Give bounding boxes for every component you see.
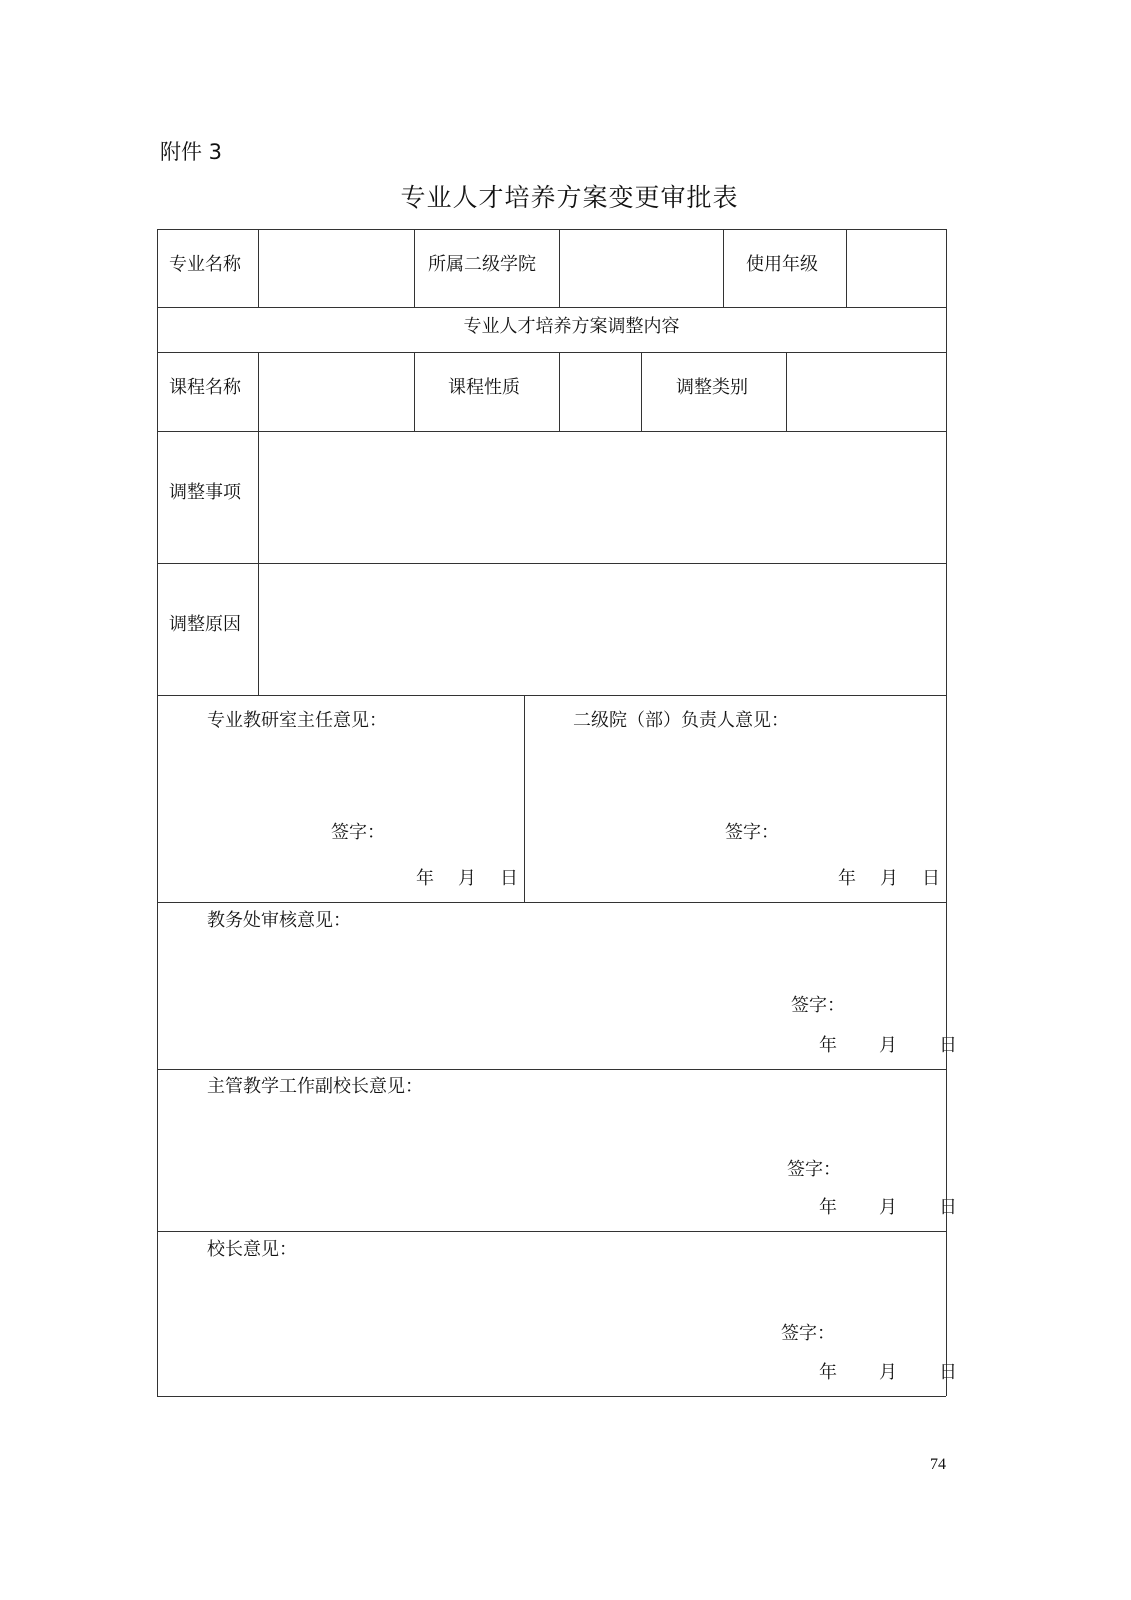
section-title: 专业人才培养方案调整内容 — [157, 312, 986, 338]
signature-label: 签字： — [331, 818, 385, 844]
course-nature-label: 课程性质 — [448, 373, 520, 399]
adjust-type-field[interactable] — [788, 360, 944, 428]
col-divider — [641, 352, 642, 431]
adjust-reason-label: 调整原因 — [169, 610, 241, 636]
row-divider — [157, 352, 946, 353]
adjust-items-field[interactable] — [262, 436, 942, 560]
major-name-label: 专业名称 — [169, 250, 241, 276]
signature-label: 签字： — [787, 1155, 841, 1181]
col-divider — [258, 229, 259, 307]
col-divider — [414, 352, 415, 431]
row-divider — [157, 1231, 946, 1232]
row-divider — [157, 902, 946, 903]
col-divider — [559, 229, 560, 307]
row-divider — [157, 695, 946, 696]
page-number: 74 — [930, 1456, 946, 1474]
teaching-office-director-opinion-label: 专业教研室主任意见： — [207, 706, 387, 732]
adjust-reason-field[interactable] — [262, 568, 942, 692]
college-head-opinion-label: 二级院（部）负责人意见： — [573, 706, 789, 732]
col-divider — [786, 352, 787, 431]
college-field[interactable] — [561, 240, 721, 304]
date-label: 年 月 日 — [819, 1358, 959, 1384]
president-opinion-label: 校长意见： — [207, 1235, 297, 1261]
signature-label: 签字： — [791, 991, 845, 1017]
grade-label: 使用年级 — [746, 250, 818, 276]
col-divider — [258, 431, 259, 695]
course-nature-field[interactable] — [561, 360, 639, 428]
page-title: 专业人才培养方案变更审批表 — [0, 178, 1131, 214]
row-divider — [157, 563, 946, 564]
adjust-type-label: 调整类别 — [676, 373, 748, 399]
signature-label: 签字： — [725, 818, 779, 844]
date-label: 年 月 日 — [416, 864, 521, 890]
row-divider — [157, 1069, 946, 1070]
signature-label: 签字： — [781, 1319, 835, 1345]
vice-president-opinion-label: 主管教学工作副校长意见： — [207, 1072, 423, 1098]
attachment-label: 附件 3 — [160, 136, 222, 166]
table-border-left — [157, 229, 158, 1396]
grade-field[interactable] — [848, 240, 944, 304]
row-divider — [157, 307, 946, 308]
col-divider — [258, 352, 259, 431]
date-label: 年 月 日 — [819, 1193, 959, 1219]
course-name-field[interactable] — [260, 360, 412, 428]
academic-affairs-opinion-label: 教务处审核意见： — [207, 906, 351, 932]
table-border-bottom — [157, 1396, 946, 1397]
table-border-top — [157, 229, 946, 230]
major-name-field[interactable] — [260, 240, 412, 304]
adjust-items-label: 调整事项 — [169, 478, 241, 504]
col-divider — [524, 695, 525, 902]
col-divider — [414, 229, 415, 307]
col-divider — [559, 352, 560, 431]
date-label: 年 月 日 — [838, 864, 943, 890]
col-divider — [723, 229, 724, 307]
course-name-label: 课程名称 — [169, 373, 241, 399]
row-divider — [157, 431, 946, 432]
date-label: 年 月 日 — [819, 1031, 959, 1057]
college-label: 所属二级学院 — [428, 250, 536, 276]
table-border-right — [946, 229, 947, 1396]
col-divider — [846, 229, 847, 307]
